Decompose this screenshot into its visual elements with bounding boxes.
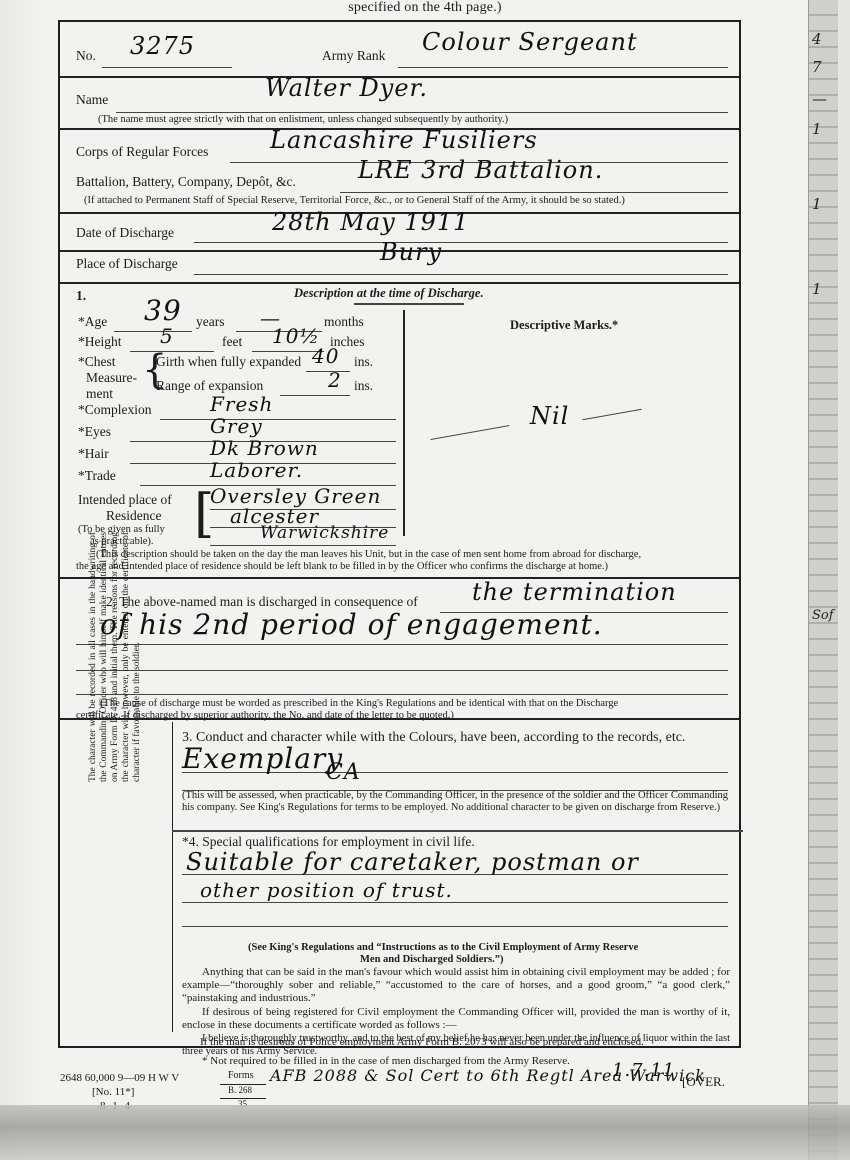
hair-value: Dk Brown [210, 436, 319, 460]
margin-mark: 1 [812, 120, 822, 138]
regulations-ref-2: Men and Discharged Soldiers.”) [360, 954, 504, 965]
handwritten-dispatch-date: 1.7.11 [612, 1060, 675, 1081]
years-label: years [196, 314, 224, 330]
over-marker: [OVER. [682, 1074, 725, 1090]
chest-label: *Chest [78, 354, 116, 370]
section-1-title: Description at the time of Discharge. [294, 286, 484, 301]
number-label: No. [76, 48, 96, 64]
height-label: *Height [78, 334, 122, 350]
age-label: *Age [78, 314, 107, 330]
complexion-label: *Complexion [78, 402, 152, 418]
margin-mark: 1 [812, 195, 822, 213]
character-side-note: The character will be recorded in all ca… [88, 532, 143, 782]
margin-mark: 7 [812, 58, 822, 76]
descriptive-marks-label: Descriptive Marks.* [510, 318, 618, 333]
print-code: 2648 60,000 9—09 H W V [60, 1072, 179, 1084]
section-1-number: 1. [76, 288, 86, 304]
form-number: [No. 11*] [92, 1086, 134, 1098]
corps-value: Lancashire Fusiliers [270, 126, 538, 154]
army-rank-label: Army Rank [322, 48, 385, 64]
forms-b: B. 268 [228, 1085, 252, 1095]
margin-mark: Sof [812, 608, 834, 623]
discharge-place-label: Place of Discharge [76, 256, 178, 272]
forms-label: Forms [228, 1070, 254, 1081]
battalion-value: LRE 3rd Battalion. [358, 156, 603, 184]
descriptive-marks-value: Nil [530, 402, 569, 430]
discharge-place-value: Bury [380, 238, 442, 266]
corps-label: Corps of Regular Forces [76, 144, 208, 160]
girth-label: Girth when fully expanded [156, 354, 301, 370]
registration-paragraph: If desirous of being registered for Civi… [182, 1006, 730, 1032]
chest-label-3: ment [86, 386, 113, 402]
regulations-ref-1: (See King's Regulations and “Instruction… [248, 942, 638, 953]
margin-mark: 1 [812, 280, 822, 298]
soldier-name: Walter Dyer. [265, 74, 428, 102]
army-rank-value: Colour Sergeant [422, 28, 638, 56]
discharge-date-label: Date of Discharge [76, 225, 174, 241]
chest-label-2: Measure- [86, 370, 137, 386]
residence-line-3: Warwickshire [260, 523, 389, 543]
page-edge [838, 0, 850, 1160]
battalion-note: (If attached to Permanent Staff of Speci… [84, 195, 625, 206]
residence-label: Intended place of [78, 492, 172, 508]
discharge-date-value: 28th May 1911 [272, 208, 469, 236]
feet-label: feet [222, 334, 242, 350]
scan-shadow [0, 1105, 850, 1160]
discharge-cause-line-1: the termination [472, 578, 677, 606]
discharge-form: No. 3275 Army Rank Colour Sergeant Name … [58, 20, 741, 1048]
eyes-value: Grey [210, 414, 263, 438]
range-unit: ins. [354, 378, 373, 394]
eyes-label: *Eyes [78, 424, 111, 440]
months-label: months [324, 314, 364, 330]
conduct-note: (This will be assessed, when practicable… [182, 790, 728, 814]
discharge-cause-line-2: of his 2nd period of engagement. [100, 608, 603, 641]
police-paragraph: If the man is desirous of Police employm… [180, 1036, 740, 1049]
service-number: 3275 [130, 32, 195, 60]
girth-unit: ins. [354, 354, 373, 370]
height-feet: 5 [160, 324, 174, 348]
discharge-note-1: (The cause of discharge must be worded a… [100, 698, 618, 709]
continuation-note: specified on the 4th page.) [0, 0, 850, 16]
description-note-1: (This description should be taken on the… [96, 549, 641, 560]
age-years: 39 [144, 294, 182, 327]
conduct-value: Exemplary [182, 742, 343, 775]
residence-label-2: Residence [106, 508, 161, 524]
trade-label: *Trade [78, 468, 116, 484]
complexion-value: Fresh [210, 392, 273, 416]
battalion-label: Battalion, Battery, Company, Depôt, &c. [76, 174, 296, 190]
conduct-initials: CA [326, 760, 361, 785]
favour-paragraph: Anything that can be said in the man's f… [182, 966, 730, 1005]
qualification-line-1: Suitable for caretaker, postman or [186, 848, 639, 876]
trade-value: Laborer. [210, 458, 303, 482]
qualification-line-2: other position of trust. [200, 878, 453, 902]
girth-value: 40 [312, 344, 339, 368]
hair-label: *Hair [78, 446, 109, 462]
adjacent-page-strip [808, 0, 838, 1160]
name-label: Name [76, 92, 108, 108]
margin-mark: 4 [812, 30, 822, 48]
margin-mark: — [812, 90, 827, 108]
range-value: 2 [328, 368, 342, 392]
description-note-2: the age and intended place of residence … [76, 561, 608, 572]
name-note: (The name must agree strictly with that … [98, 114, 508, 125]
